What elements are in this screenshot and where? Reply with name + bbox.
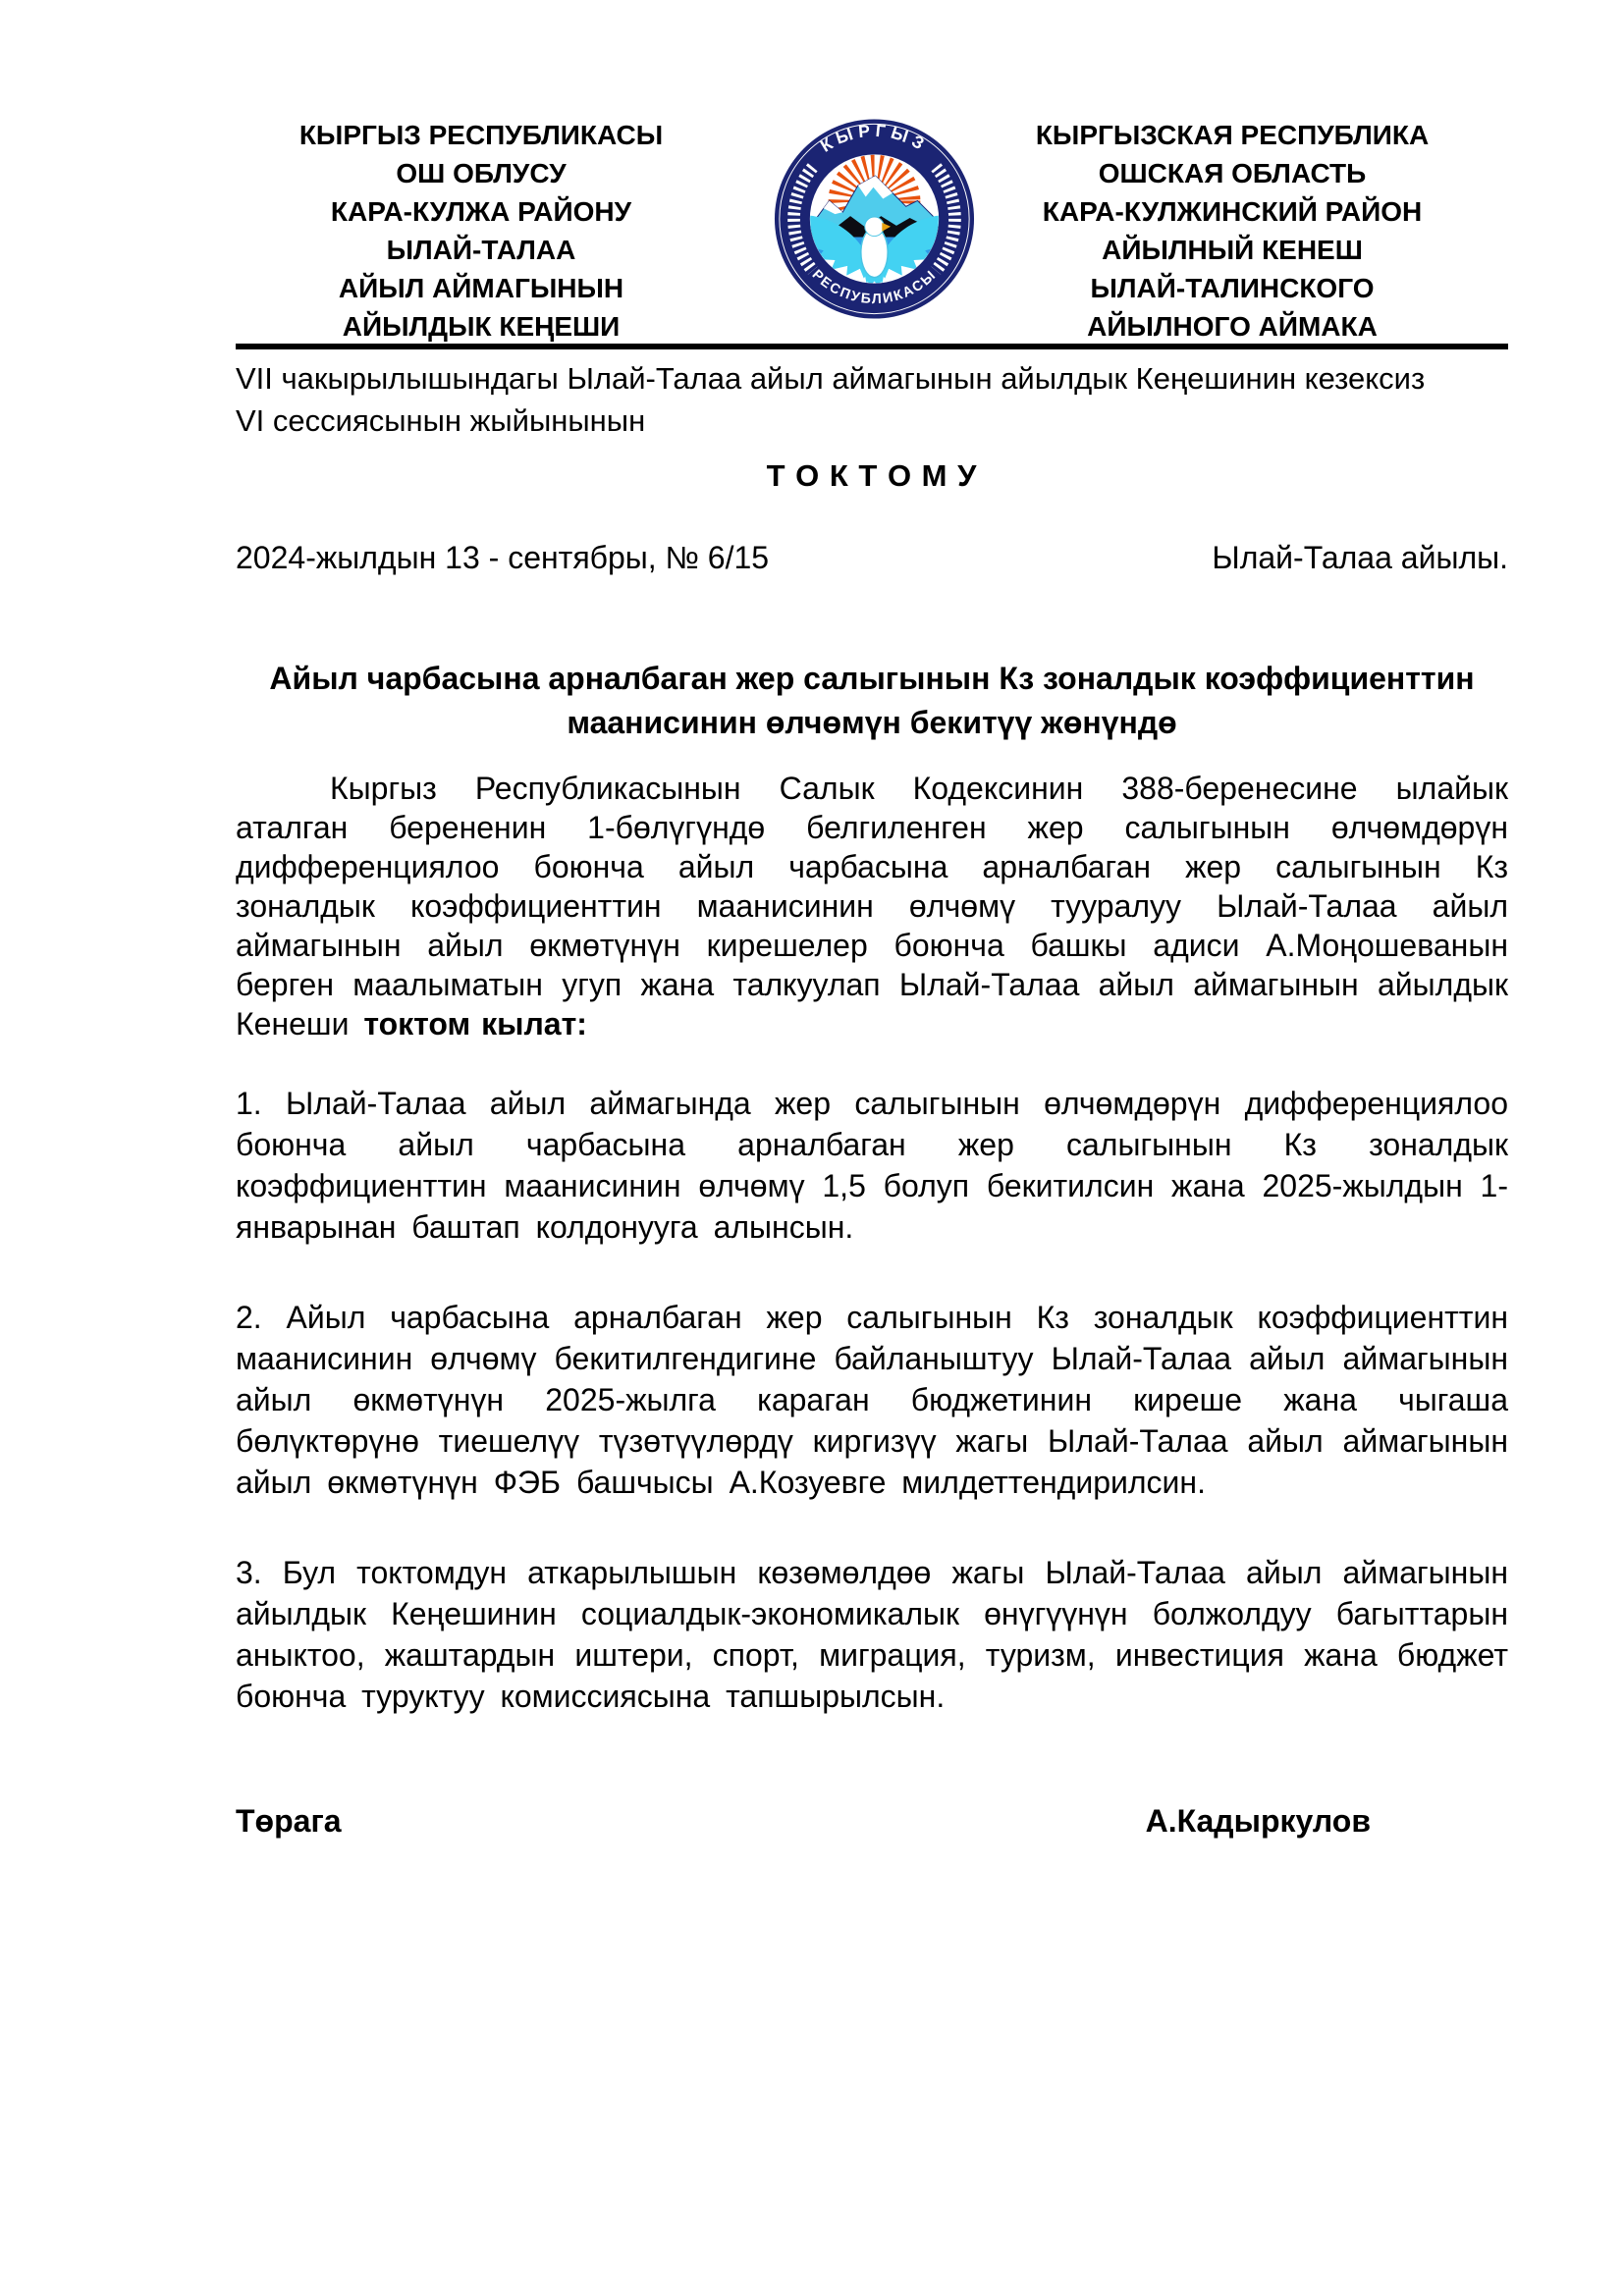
- decree-title-line: Айыл чарбасына арналбаган жер салыгынын …: [236, 657, 1508, 701]
- signature-name: А.Кадыркулов: [1146, 1803, 1371, 1840]
- session-line: VII чакырылышындагы Ылай-Талаа айыл айма…: [236, 357, 1508, 400]
- resolution-phrase: токтом кылат:: [363, 1006, 587, 1041]
- letterhead-line: АЙЫЛНОГО АЙМАКА: [992, 307, 1473, 346]
- signature-role: Төрага: [236, 1803, 342, 1840]
- place-name: Ылай-Талаа айылы.: [1212, 540, 1508, 576]
- letterhead-line: КЫРГЫЗ РЕСПУБЛИКАСЫ: [255, 116, 707, 154]
- letterhead-russian-block: КЫРГЫЗСКАЯ РЕСПУБЛИКА ОШСКАЯ ОБЛАСТЬ КАР…: [992, 116, 1473, 346]
- letterhead-line: КЫРГЫЗСКАЯ РЕСПУБЛИКА: [992, 116, 1473, 154]
- kyrgyz-state-emblem-icon: КЫРГЫЗ РЕСПУБЛИКАСЫ: [774, 116, 975, 322]
- preamble: Кыргыз Республикасынын Салык Кодексинин …: [236, 769, 1508, 1043]
- decree-item: 1. Ылай-Талаа айыл аймагында жер салыгын…: [236, 1083, 1508, 1248]
- decree-title-line: маанисинин өлчөмүн бекитүү жөнүндө: [236, 701, 1508, 745]
- document-content: КЫРГЫЗ РЕСПУБЛИКАСЫ ОШ ОБЛУСУ КАРА-КУЛЖА…: [236, 0, 1508, 1840]
- letterhead: КЫРГЫЗ РЕСПУБЛИКАСЫ ОШ ОБЛУСУ КАРА-КУЛЖА…: [236, 0, 1508, 344]
- letterhead-line: КАРА-КУЛЖИНСКИЙ РАЙОН: [992, 192, 1473, 231]
- letterhead-line: ЫЛАЙ-ТАЛИНСКОГО: [992, 269, 1473, 307]
- decree-title: Айыл чарбасына арналбаган жер салыгынын …: [236, 657, 1508, 745]
- date-place-row: 2024-жылдын 13 - сентябры, № 6/15 Ылай-Т…: [236, 540, 1508, 576]
- session-info: VII чакырылышындагы Ылай-Талаа айыл айма…: [236, 357, 1508, 442]
- letterhead-line: АЙЫЛДЫК КЕҢЕШИ: [255, 307, 707, 346]
- letterhead-kyrgyz-block: КЫРГЫЗ РЕСПУБЛИКАСЫ ОШ ОБЛУСУ КАРА-КУЛЖА…: [255, 116, 707, 346]
- date-and-number: 2024-жылдын 13 - сентябры, № 6/15: [236, 540, 769, 576]
- letterhead-line: ОШ ОБЛУСУ: [255, 154, 707, 192]
- document-type-heading: Т О К Т О М У: [236, 458, 1508, 494]
- decree-item: 3. Бул токтомдун аткарылышын көзөмөлдөө …: [236, 1552, 1508, 1717]
- document-page: КЫРГЫЗ РЕСПУБЛИКАСЫ ОШ ОБЛУСУ КАРА-КУЛЖА…: [0, 0, 1624, 2296]
- session-line: VI сессиясынын жыйынынын: [236, 400, 1508, 442]
- decree-item: 2. Айыл чарбасына арналбаган жер салыгын…: [236, 1297, 1508, 1503]
- letterhead-line: АЙЫЛ АЙМАГЫНЫН: [255, 269, 707, 307]
- signature-row: Төрага А.Кадыркулов: [236, 1803, 1508, 1840]
- preamble-text: Кыргыз Республикасынын Салык Кодексинин …: [236, 771, 1508, 1041]
- letterhead-line: ОШСКАЯ ОБЛАСТЬ: [992, 154, 1473, 192]
- letterhead-line: КАРА-КУЛЖА РАЙОНУ: [255, 192, 707, 231]
- letterhead-line: ЫЛАЙ-ТАЛАА: [255, 231, 707, 269]
- letterhead-line: АЙЫЛНЫЙ КЕНЕШ: [992, 231, 1473, 269]
